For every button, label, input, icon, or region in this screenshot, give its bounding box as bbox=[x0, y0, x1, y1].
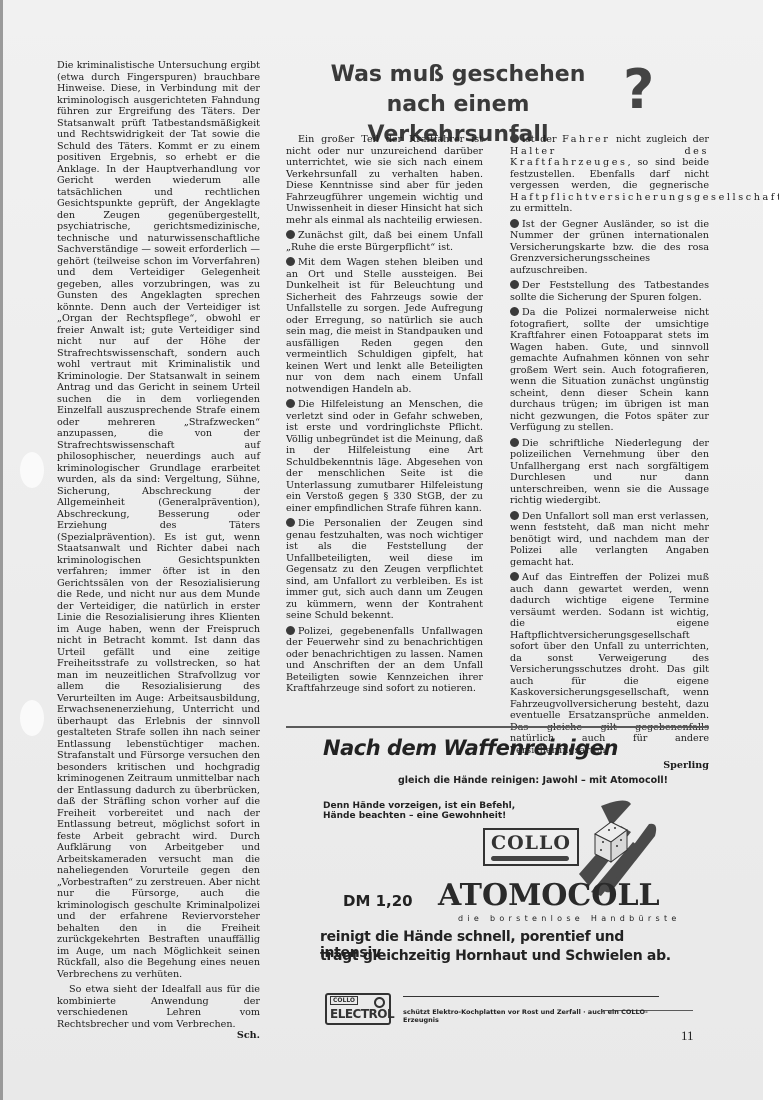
bullet-icon bbox=[510, 572, 519, 581]
ad-headline: Nach dem Waffenreinigen bbox=[323, 736, 618, 760]
list-item: Da die Polizei normalerweise nicht fotog… bbox=[510, 307, 709, 434]
bullet-icon bbox=[510, 438, 519, 447]
list-item: Ist der Gegner Ausländer, so ist die Num… bbox=[510, 219, 709, 277]
electrol-logo: COLLO ELECTROL bbox=[325, 993, 391, 1025]
product-name: ATOMOCOLL bbox=[438, 878, 660, 913]
bullet-icon bbox=[510, 307, 519, 316]
author-signature: Sch. bbox=[225, 1030, 260, 1042]
article-column-right: Ist der Fahrer nicht zugleich der Halter… bbox=[510, 134, 709, 772]
electrol-note: schützt Elektro-Kochplatten vor Rost und… bbox=[403, 1008, 683, 1024]
list-item: Die Hilfeleistung an Menschen, die verle… bbox=[286, 399, 483, 514]
page-number: 11 bbox=[681, 1028, 694, 1044]
question-mark-graphic: ? bbox=[623, 58, 654, 121]
list-item: Ist der Fahrer nicht zugleich der Halter… bbox=[510, 134, 709, 215]
list-item: Mit dem Wagen stehen bleiben und an Ort … bbox=[286, 257, 483, 395]
bullet-icon bbox=[510, 280, 519, 289]
list-item: Auf das Eintreffen der Polizei muß auch … bbox=[510, 572, 709, 756]
price-label: DM 1,20 bbox=[343, 892, 413, 910]
bullet-icon bbox=[510, 219, 519, 228]
article-column-middle: Ein großer Teil der Kraftfahrer ist nich… bbox=[286, 134, 483, 699]
ad-slogan: Hände beachten – eine Gewohnheit! bbox=[323, 811, 506, 821]
bullet-icon bbox=[510, 511, 519, 520]
product-tagline: die borstenlose Handbürste bbox=[458, 914, 681, 923]
list-item: Den Unfallort soll man erst verlassen, w… bbox=[510, 511, 709, 569]
bullet-icon bbox=[286, 230, 295, 239]
magazine-page: Die kriminalistische Untersuchung ergibt… bbox=[0, 0, 763, 1100]
collo-logo: COLLO bbox=[483, 828, 579, 866]
punch-hole bbox=[20, 452, 44, 488]
ad-slogan: Denn Hände vorzeigen, ist ein Befehl, bbox=[323, 801, 515, 811]
list-item: Die Personalien der Zeugen sind genau fe… bbox=[286, 518, 483, 622]
divider bbox=[286, 726, 709, 728]
list-item: Die schriftliche Niederlegung der polize… bbox=[510, 438, 709, 507]
list-item: Polizei, gegebenenfalls Unfallwagen der … bbox=[286, 626, 483, 695]
list-item: Der Feststellung des Tatbestandes sollte… bbox=[510, 280, 709, 303]
divider bbox=[403, 996, 659, 997]
bullet-icon bbox=[286, 399, 295, 408]
bullet-icon bbox=[286, 518, 295, 527]
punch-hole bbox=[20, 700, 44, 736]
advertisement: Nach dem Waffenreinigen gleich die Hände… bbox=[303, 730, 683, 1010]
list-item: Zunächst gilt, daß bei einem Unfall „Ruh… bbox=[286, 230, 483, 253]
bullet-icon bbox=[510, 134, 519, 143]
bullet-icon bbox=[286, 257, 295, 266]
ad-claim: trägt gleichzeitig Hornhaut und Schwiele… bbox=[320, 948, 671, 964]
paragraph: Die kriminalistische Untersuchung ergibt… bbox=[57, 60, 260, 980]
left-column-article: Die kriminalistische Untersuchung ergibt… bbox=[57, 60, 260, 1042]
paragraph: So etwa sieht der Idealfall aus für die … bbox=[57, 984, 260, 1030]
ad-subheadline: gleich die Hände reinigen: Jawohl – mit … bbox=[398, 775, 668, 786]
article-intro: Ein großer Teil der Kraftfahrer ist nich… bbox=[286, 134, 483, 226]
bullet-icon bbox=[286, 626, 295, 635]
wave-icon bbox=[491, 856, 569, 861]
